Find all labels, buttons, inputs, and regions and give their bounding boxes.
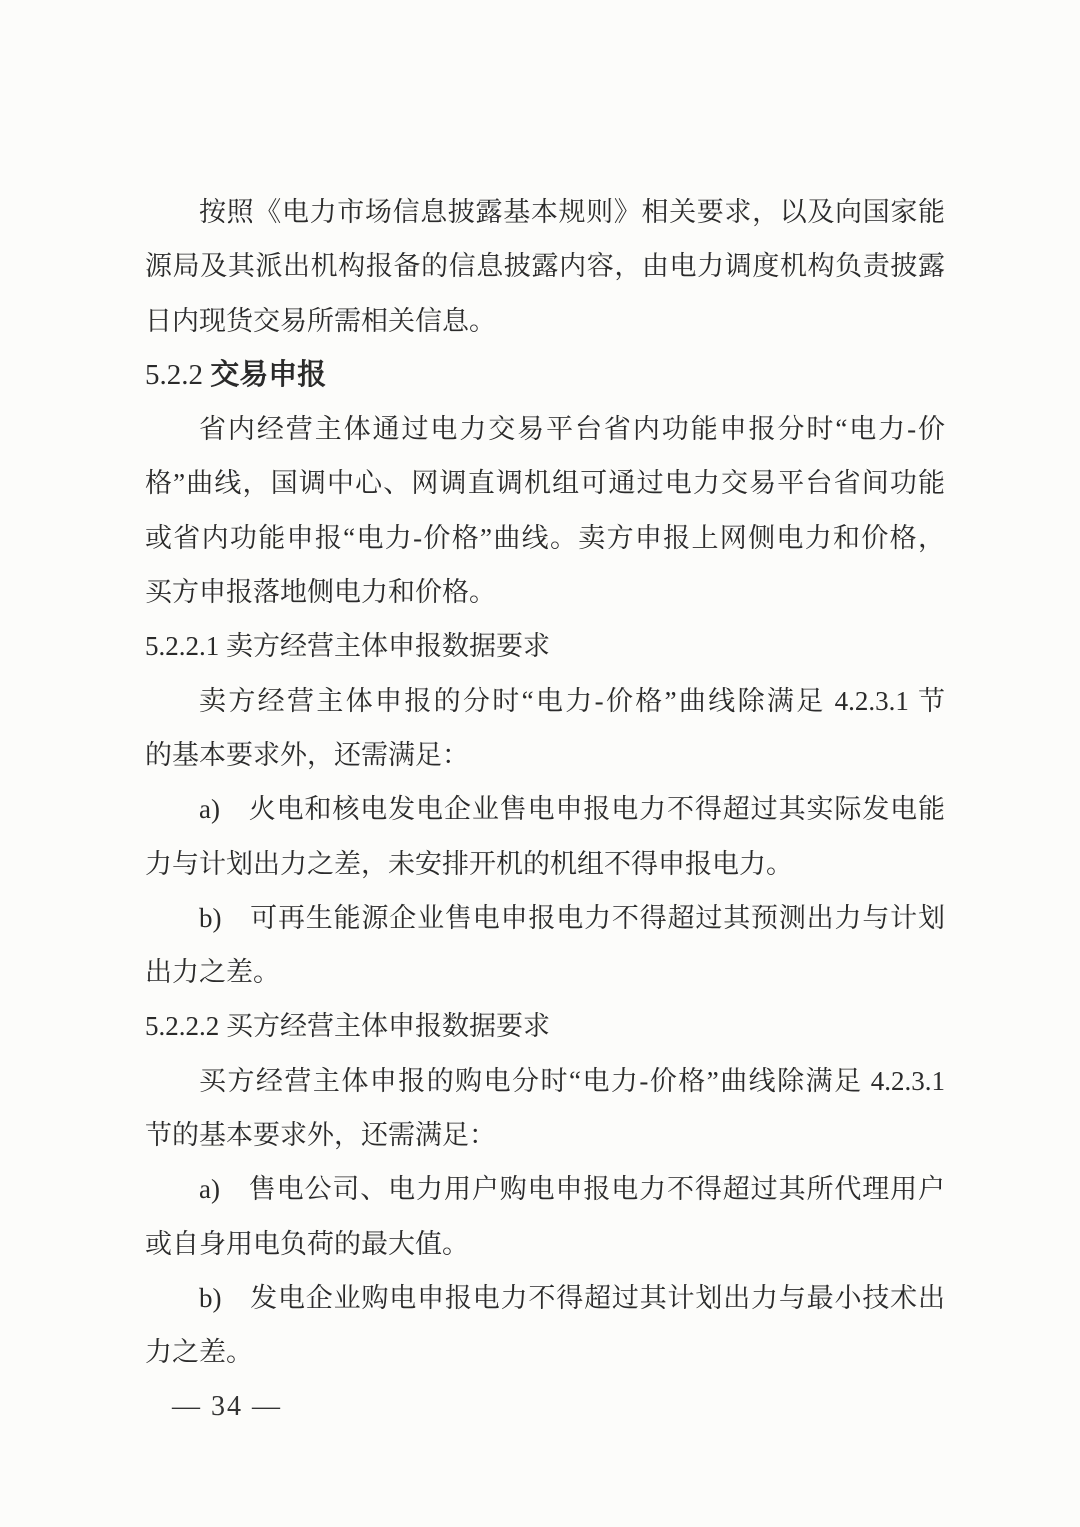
text-line: 或省内功能申报“电力-价格”曲线。卖方申报上网侧电力和价格， <box>145 511 945 565</box>
text-line: 节的基本要求外，还需满足： <box>145 1108 945 1162</box>
text-line: 5.2.2 交易申报 <box>145 348 945 402</box>
text-line: a) 火电和核电发电企业售电申报电力不得超过其实际发电能 <box>145 782 945 836</box>
document-page: 按照《电力市场信息披露基本规则》相关要求，以及向国家能源局及其派出机构报备的信息… <box>0 0 1080 1527</box>
heading-title-text: 交易申报 <box>210 359 326 391</box>
text-line: 5.2.2.1 卖方经营主体申报数据要求 <box>145 619 945 673</box>
text-line: a) 售电公司、电力用户购电申报电力不得超过其所代理用户 <box>145 1162 945 1216</box>
list-item-buyer-b: b) 发电企业购电申报电力不得超过其计划出力与最小技术出力之差。 <box>145 1271 945 1380</box>
paragraph-seller-intro: 卖方经营主体申报的分时“电力-价格”曲线除满足 4.2.3.1 节的基本要求外，… <box>145 674 945 783</box>
text-line: 出力之差。 <box>145 945 945 999</box>
text-line: 或自身用电负荷的最大值。 <box>145 1217 945 1271</box>
text-line: 省内经营主体通过电力交易平台省内功能申报分时“电力-价 <box>145 402 945 456</box>
heading-number-text: 5.2.2 <box>145 359 210 391</box>
text-line: 力与计划出力之差，未安排开机的机组不得申报电力。 <box>145 837 945 891</box>
text-line: 日内现货交易所需相关信息。 <box>145 294 945 348</box>
text-line: 的基本要求外，还需满足： <box>145 728 945 782</box>
list-item-seller-b: b) 可再生能源企业售电申报电力不得超过其预测出力与计划出力之差。 <box>145 891 945 1000</box>
paragraph-disclosure: 按照《电力市场信息披露基本规则》相关要求，以及向国家能源局及其派出机构报备的信息… <box>145 185 945 348</box>
list-item-buyer-a: a) 售电公司、电力用户购电申报电力不得超过其所代理用户或自身用电负荷的最大值。 <box>145 1162 945 1271</box>
heading-5-2-2-2-buyer-requirements: 5.2.2.2 买方经营主体申报数据要求 <box>145 999 945 1053</box>
text-line: 卖方经营主体申报的分时“电力-价格”曲线除满足 4.2.3.1 节 <box>145 674 945 728</box>
text-line: 力之差。 <box>145 1325 945 1379</box>
paragraph-buyer-intro: 买方经营主体申报的购电分时“电力-价格”曲线除满足 4.2.3.1节的基本要求外… <box>145 1054 945 1163</box>
text-line: 5.2.2.2 买方经营主体申报数据要求 <box>145 999 945 1053</box>
heading-5-2-2-trade-declaration: 5.2.2 交易申报 <box>145 348 945 402</box>
list-item-seller-a: a) 火电和核电发电企业售电申报电力不得超过其实际发电能力与计划出力之差，未安排… <box>145 782 945 891</box>
paragraph-declaration-platform: 省内经营主体通过电力交易平台省内功能申报分时“电力-价格”曲线，国调中心、网调直… <box>145 402 945 619</box>
document-content: 按照《电力市场信息披露基本规则》相关要求，以及向国家能源局及其派出机构报备的信息… <box>145 185 945 1434</box>
text-line: 源局及其派出机构报备的信息披露内容，由电力调度机构负责披露 <box>145 239 945 293</box>
text-line: 买方经营主体申报的购电分时“电力-价格”曲线除满足 4.2.3.1 <box>145 1054 945 1108</box>
page-number: — 34 — <box>145 1380 945 1434</box>
text-line: b) 可再生能源企业售电申报电力不得超过其预测出力与计划 <box>145 891 945 945</box>
text-line: 买方申报落地侧电力和价格。 <box>145 565 945 619</box>
text-line: b) 发电企业购电申报电力不得超过其计划出力与最小技术出 <box>145 1271 945 1325</box>
heading-5-2-2-1-seller-requirements: 5.2.2.1 卖方经营主体申报数据要求 <box>145 619 945 673</box>
text-line: 格”曲线，国调中心、网调直调机组可通过电力交易平台省间功能 <box>145 456 945 510</box>
text-line: 按照《电力市场信息披露基本规则》相关要求，以及向国家能 <box>145 185 945 239</box>
